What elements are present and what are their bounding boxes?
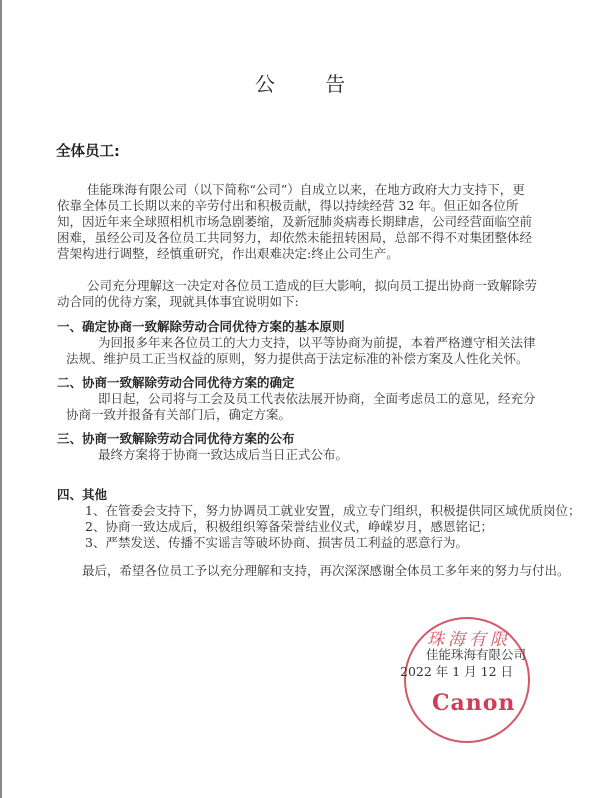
section-4-heading: 四、其他 — [57, 487, 107, 503]
section-1-heading: 一、确定协商一致解除劳动合同优待方案的基本原则 — [57, 319, 345, 335]
signature-date: 2022 年 1 月 12 日 — [400, 662, 513, 680]
list-item: 2、协商一致达成后，积极组织筹备荣誉结业仪式，峥嵘岁月，感恩铭记； — [85, 519, 493, 535]
company-seal: 珠海有限 — [404, 617, 530, 743]
section-2-heading: 二、协商一致解除劳动合同优待方案的确定 — [57, 375, 295, 391]
section-3-body: 最终方案将于协商一致达成后当日正式公布。 — [66, 447, 536, 463]
list-item: 1、在管委会支持下，努力协调员工就业安置，成立专门组织，积极提供同区域优质岗位； — [85, 503, 580, 519]
signature-company: 佳能珠海有限公司 — [426, 645, 526, 663]
closing-paragraph: 最后，希望各位员工予以充分理解和支持，再次深深感谢全体员工多年来的努力与付出。 — [82, 563, 570, 579]
list-item: 3、严禁发送、传播不实谣言等破坏协商、损害员工利益的恶意行为。 — [85, 535, 468, 551]
section-3-heading: 三、协商一致解除劳动合同优待方案的公布 — [57, 431, 295, 447]
context-paragraph: 公司充分理解这一决定对各位员工造成的巨大影响，拟向员工提出协商一致解除劳动合同的… — [57, 278, 537, 310]
notice-document: 公 告 全体员工: 佳能珠海有限公司（以下简称“公司”）自成立以来，在地方政府大… — [0, 0, 600, 798]
canon-logo-icon: Canon — [432, 690, 515, 716]
salutation: 全体员工: — [56, 140, 120, 161]
document-title: 公 告 — [0, 68, 600, 97]
section-1-body: 为回报多年来各位员工的大力支持，以平等协商为前提，本着严格遵守相关法律法规、维护… — [66, 335, 536, 367]
intro-paragraph: 佳能珠海有限公司（以下简称“公司”）自成立以来，在地方政府大力支持下，更依靠全体… — [57, 182, 537, 262]
section-2-body: 即日起，公司将与工会及员工代表依法展开协商，全面考虑员工的意见，经充分协商一致并… — [66, 391, 536, 423]
